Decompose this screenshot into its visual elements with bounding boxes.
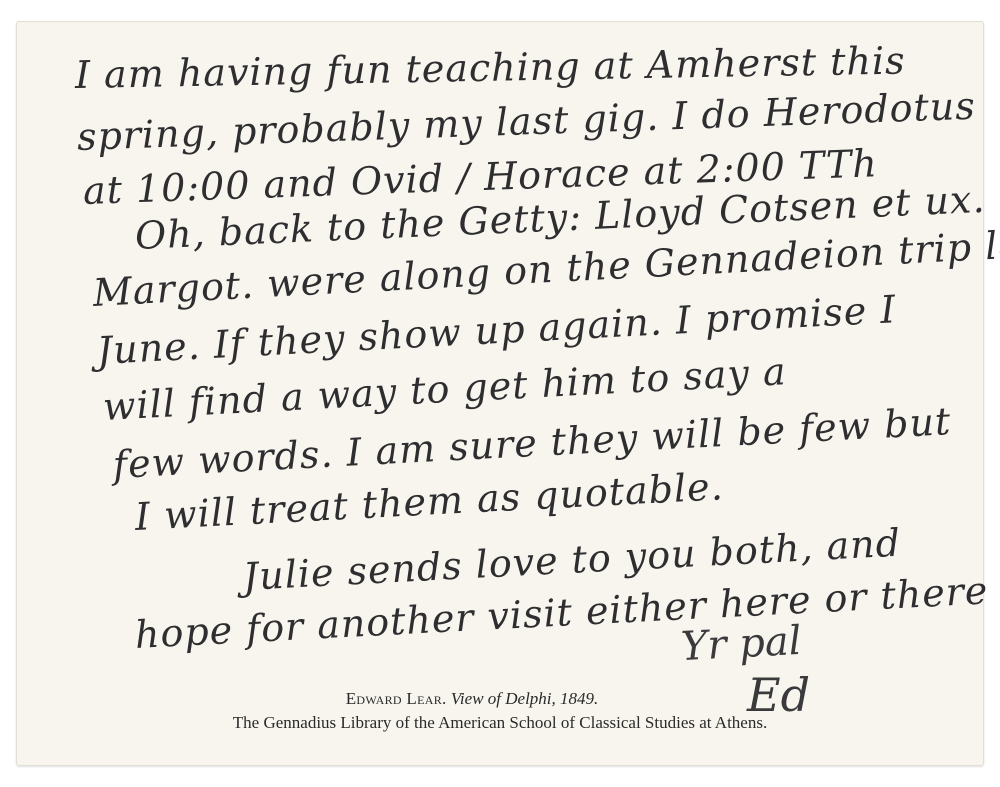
image-caption-line-2: The Gennadius Library of the American Sc… bbox=[17, 714, 983, 731]
image-caption-line-1: Edward Lear. View of Delphi, 1849. bbox=[17, 690, 983, 707]
letter-closing: Yr pal bbox=[680, 621, 802, 667]
letter-line-1: I am having fun teaching at Amherst this bbox=[75, 42, 906, 94]
caption-artist: Edward Lear. bbox=[346, 689, 447, 708]
postcard: I am having fun teaching at Amherst this… bbox=[16, 21, 984, 766]
caption-artwork-title: View of Delphi, 1849. bbox=[451, 689, 598, 708]
